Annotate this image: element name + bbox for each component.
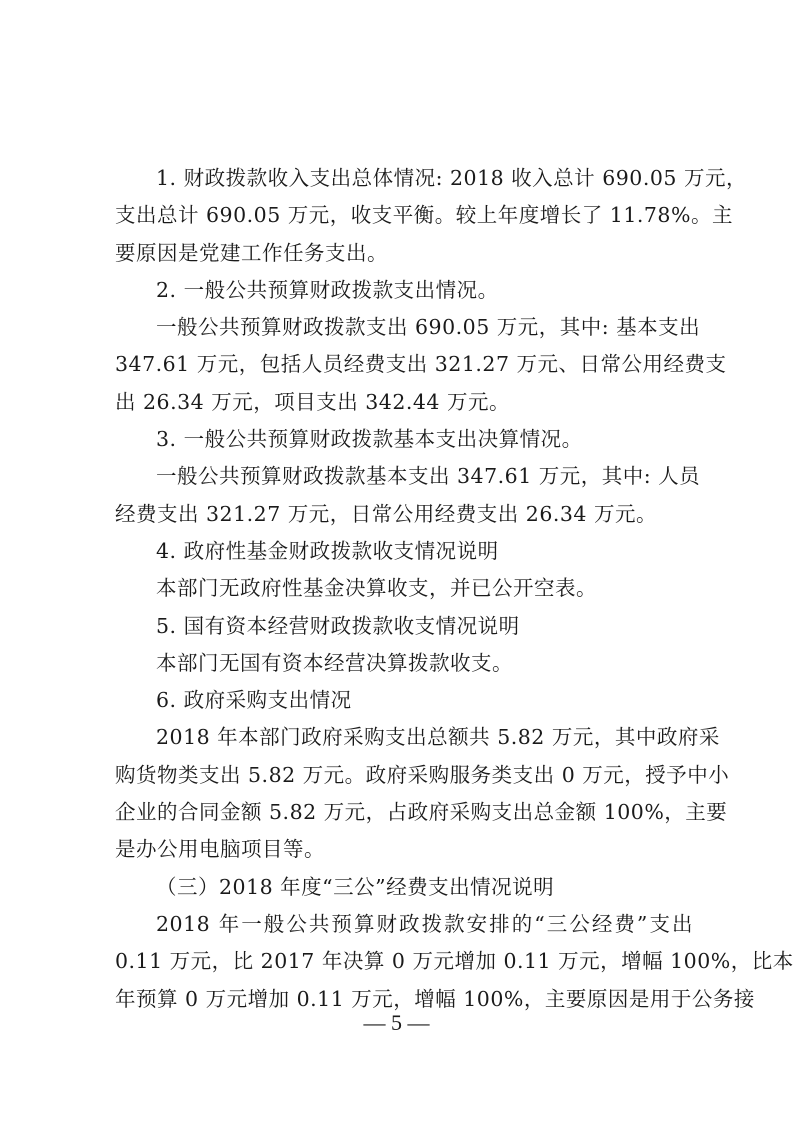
- text-line: 2018 年一般公共预算财政拨款安排的“三公经费”支出: [115, 906, 693, 943]
- text-line: 支出总计 690.05 万元，收支平衡。较上年度增长了 11.78%。主: [115, 197, 693, 234]
- text-line: 本部门无政府性基金决算收支，并已公开空表。: [115, 570, 693, 607]
- text-line: 经费支出 321.27 万元，日常公用经费支出 26.34 万元。: [115, 496, 693, 533]
- text-line: 3. 一般公共预算财政拨款基本支出决算情况。: [115, 421, 693, 458]
- text-line: （三）2018 年度“三公”经费支出情况说明: [115, 869, 693, 906]
- text-line: 6. 政府采购支出情况: [115, 682, 693, 719]
- page-number: — 5 —: [0, 1010, 793, 1036]
- text-line: 2018 年本部门政府采购支出总额共 5.82 万元，其中政府采: [115, 719, 693, 756]
- text-line: 2. 一般公共预算财政拨款支出情况。: [115, 272, 693, 309]
- text-line: 4. 政府性基金财政拨款收支情况说明: [115, 533, 693, 570]
- text-line: 1. 财政拨款收入支出总体情况: 2018 收入总计 690.05 万元，: [115, 160, 693, 197]
- document-body: 1. 财政拨款收入支出总体情况: 2018 收入总计 690.05 万元，支出总…: [115, 160, 693, 1018]
- text-line: 一般公共预算财政拨款基本支出 347.61 万元，其中: 人员: [115, 458, 693, 495]
- text-line: 出 26.34 万元，项目支出 342.44 万元。: [115, 384, 693, 421]
- text-line: 是办公用电脑项目等。: [115, 831, 693, 868]
- text-line: 要原因是党建工作任务支出。: [115, 235, 693, 272]
- text-line: 本部门无国有资本经营决算拨款收支。: [115, 645, 693, 682]
- text-line: 企业的合同金额 5.82 万元，占政府采购支出总金额 100%，主要: [115, 794, 693, 831]
- text-line: 0.11 万元，比 2017 年决算 0 万元增加 0.11 万元，增幅 100…: [115, 943, 693, 980]
- text-line: 购货物类支出 5.82 万元。政府采购服务类支出 0 万元，授予中小: [115, 757, 693, 794]
- text-line: 一般公共预算财政拨款支出 690.05 万元，其中: 基本支出: [115, 309, 693, 346]
- text-line: 347.61 万元，包括人员经费支出 321.27 万元、日常公用经费支: [115, 346, 693, 383]
- text-line: 5. 国有资本经营财政拨款收支情况说明: [115, 608, 693, 645]
